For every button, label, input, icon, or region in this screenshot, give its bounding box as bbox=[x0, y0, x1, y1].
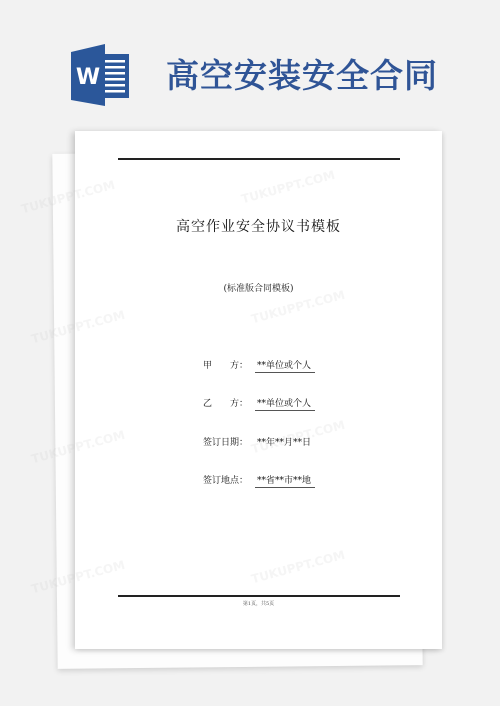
header-rule bbox=[118, 158, 400, 160]
field-value: **单位或个人 bbox=[255, 396, 315, 411]
field-value: **省**市**地 bbox=[255, 473, 315, 488]
field-sign-place: 签订地点：**省**市**地 bbox=[203, 473, 315, 488]
field-party-b: 乙 方：**单位或个人 bbox=[203, 396, 315, 411]
field-label: 签订日期： bbox=[203, 435, 255, 448]
field-label: 签订地点： bbox=[203, 473, 255, 486]
header-title: 高空安装安全合同 bbox=[166, 50, 438, 97]
field-label: 甲 方： bbox=[203, 358, 255, 371]
field-label: 乙 方： bbox=[203, 396, 255, 409]
word-icon: W bbox=[69, 44, 133, 106]
field-value: **年**月**日 bbox=[255, 435, 315, 449]
svg-text:W: W bbox=[76, 65, 100, 90]
document-page: 高空作业安全协议书模板 (标准版合同模板) 甲 方：**单位或个人 乙 方：**… bbox=[75, 131, 442, 649]
footer-rule bbox=[118, 595, 400, 597]
field-value: **单位或个人 bbox=[255, 358, 315, 373]
document-title: 高空作业安全协议书模板 bbox=[75, 216, 442, 236]
document-subtitle: (标准版合同模板) bbox=[75, 281, 442, 294]
field-sign-date: 签订日期：**年**月**日 bbox=[203, 435, 315, 449]
page-number: 第1页，共5页 bbox=[75, 600, 442, 607]
field-party-a: 甲 方：**单位或个人 bbox=[203, 358, 315, 373]
header-banner: W 高空安装安全合同 bbox=[0, 0, 500, 125]
